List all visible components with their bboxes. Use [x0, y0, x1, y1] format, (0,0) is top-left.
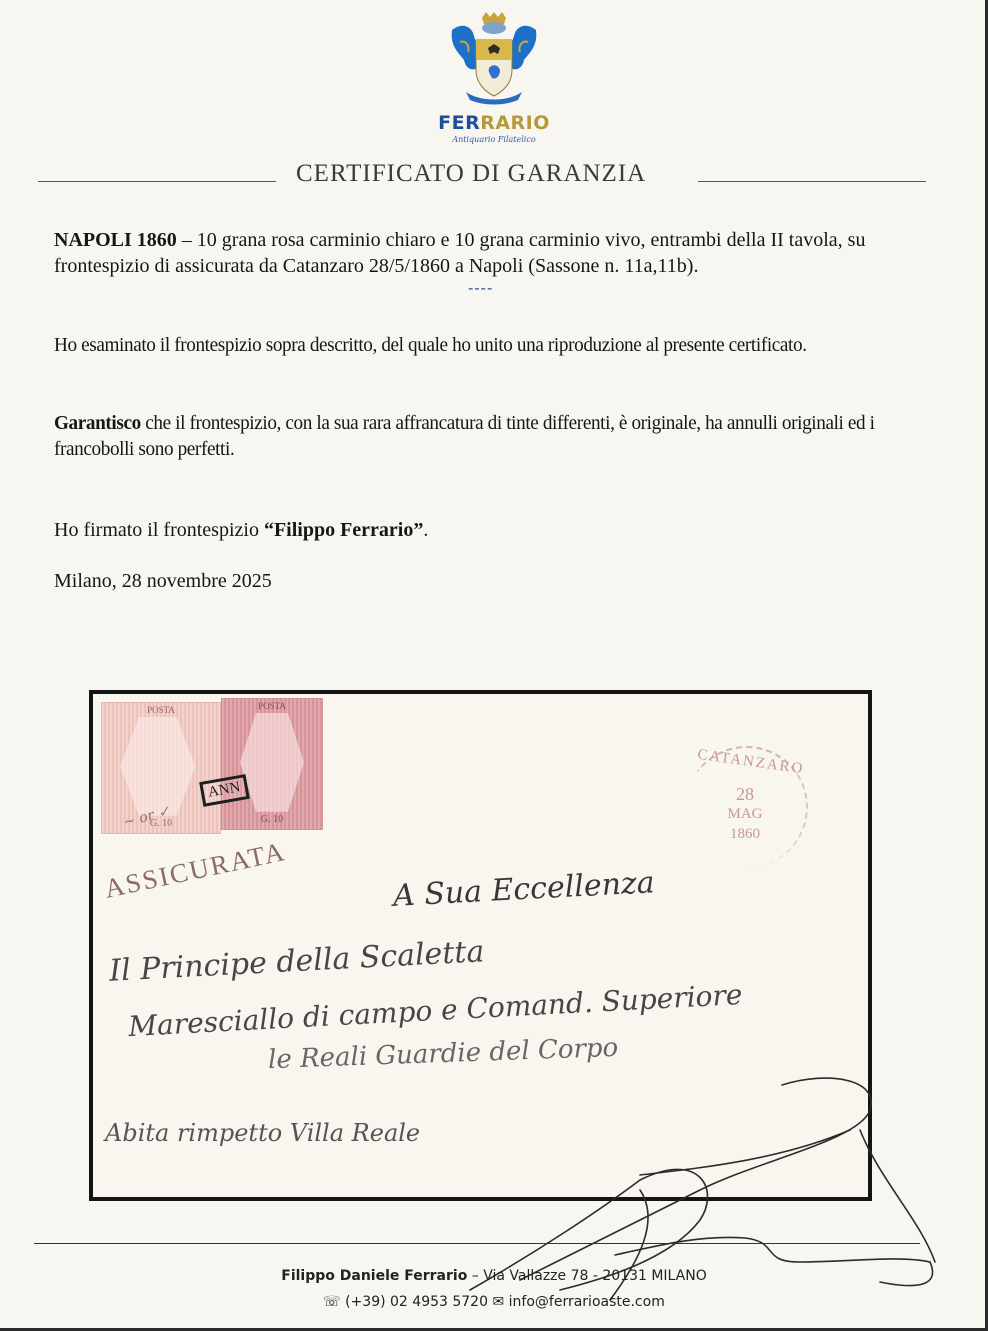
item-lead: NAPOLI 1860: [54, 229, 177, 251]
mail-icon: ✉: [492, 1294, 504, 1310]
postmark-month: MAG: [685, 806, 805, 823]
certificate-heading: CERTIFICATO DI GARANZIA: [38, 158, 928, 192]
signed-name: “Filippo Ferrario”: [264, 519, 423, 541]
examined-paragraph: Ho esaminato il frontespizio sopra descr…: [54, 332, 932, 358]
postmark-day: 28: [685, 784, 805, 805]
cover-reproduction: POSTA G. 10 POSTA G. 10 ANN ~ or ✓ ASSIC…: [89, 690, 872, 1201]
coat-of-arms-icon: [444, 12, 544, 107]
postmark-year: 1860: [685, 826, 805, 843]
footer-email[interactable]: info@ferrarioaste.com: [509, 1294, 665, 1310]
stamp-10-grana-vivid: POSTA G. 10: [221, 698, 323, 830]
place-date: Milano, 28 novembre 2025: [54, 568, 934, 594]
footer-phone: (+39) 02 4953 5720: [345, 1294, 488, 1310]
footer-street: – Via Vallazze 78 - 20131 MILANO: [467, 1268, 706, 1284]
signed-prefix: Ho firmato il frontespizio: [54, 519, 264, 541]
assicurata-handstamp: ASSICURATA: [102, 836, 289, 905]
ferrario-logo: FERRARIO Antiquario Filatelico: [424, 12, 564, 142]
address-line: Maresciallo di campo e Comand. Superiore: [128, 978, 744, 1043]
item-description: NAPOLI 1860 – 10 grana rosa carminio chi…: [54, 227, 934, 279]
stamp-frame: [120, 717, 196, 816]
footer-address: Filippo Daniele Ferrario – Via Vallazze …: [0, 1268, 988, 1284]
brand-name: FERRARIO: [428, 112, 560, 134]
catanzaro-postmark: CATANZARO 28 MAG 1860: [685, 746, 815, 876]
phone-icon: ☏: [323, 1294, 341, 1310]
stamp-label: POSTA: [222, 701, 322, 711]
brand-part-2: RARIO: [480, 112, 550, 134]
address-line: A Sua Eccellenza: [392, 865, 655, 914]
footer-name: Filippo Daniele Ferrario: [281, 1268, 467, 1284]
brand-part-1: FER: [438, 112, 480, 134]
brand-tagline: Antiquario Filatelico: [424, 135, 564, 144]
signed-paragraph: Ho firmato il frontespizio “Filippo Ferr…: [54, 517, 934, 543]
certificate-title: CERTIFICATO DI GARANZIA: [296, 160, 646, 188]
separator: ----: [468, 280, 493, 298]
stamp-frame: [240, 713, 304, 812]
stamp-value: G. 10: [222, 814, 322, 825]
address-line: Abita rimpetto Villa Reale: [105, 1119, 420, 1147]
divider: [38, 181, 276, 182]
divider: [698, 181, 926, 182]
footer-contact: ☏ (+39) 02 4953 5720 ✉ info@ferrarioaste…: [0, 1294, 988, 1310]
guarantee-paragraph: Garantisco che il frontespizio, con la s…: [54, 410, 932, 462]
stamp-label: POSTA: [102, 705, 220, 715]
footer-divider: [34, 1243, 920, 1244]
address-line: le Reali Guardie del Corpo: [268, 1033, 619, 1075]
address-line: Il Principe della Scaletta: [108, 934, 485, 989]
signed-suffix: .: [423, 519, 428, 541]
guarantee-lead: Garantisco: [54, 412, 141, 434]
guarantee-text: che il frontespizio, con la sua rara aff…: [54, 412, 875, 460]
